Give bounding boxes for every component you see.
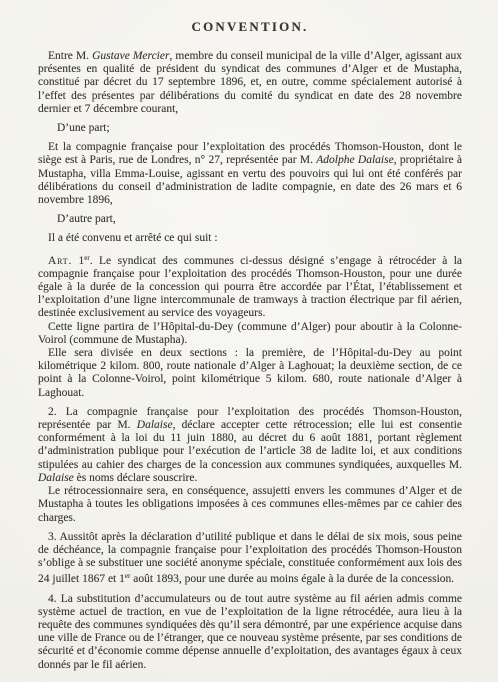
document-body: Entre M. Gustave Mercier, membre du cons… [38,50,462,672]
text-run: Dalaise [38,472,74,484]
paragraph-article-1-sections: Elle sera divisée en deux sections : la … [38,347,462,400]
paragraph-dautre-part: D’autre part, [38,213,462,226]
paragraph-convenu: Il a été convenu et arrêté ce qui suit : [38,232,462,245]
text-run: ès noms déclare souscrire. [74,472,198,484]
text-run: D’autre part, [57,213,116,225]
paragraph-article-3: 3. Aussitôt après la déclaration d’utili… [38,531,462,587]
document-title: CONVENTION. [38,19,462,35]
text-run: Il a été convenu et arrêté ce qui suit : [48,232,218,244]
paragraph-dune-part: D’une part; [38,122,462,135]
paragraph-article-2-retrocessionnaire: Le rétrocessionnaire sera, en conséquenc… [38,485,462,525]
text-run: Art. [48,255,72,267]
text-run: Adolphe Dalaise [316,154,393,166]
paragraph-article-2: 2. La compagnie française pour l’exploit… [38,406,462,485]
text-run: août 1893, pour une durée au moins égale… [130,573,454,585]
paragraph-article-1-ligne: Cette ligne partira de l’Hôpital-du-Dey … [38,321,462,347]
paragraph-article-1: Art. 1er. Le syndicat des communes ci-de… [38,252,462,321]
paragraph-intro-compagnie: Et la compagnie française pour l’exploit… [38,141,462,207]
text-run: Gustave Mercier [92,50,169,62]
paragraph-intro-mercier: Entre M. Gustave Mercier, membre du cons… [38,50,462,116]
text-run: Elle sera divisée en deux sections : la … [38,347,462,399]
text-run: 4. La substitution d’accumulateurs ou de… [38,593,462,671]
text-run: D’une part; [57,122,110,134]
text-run: . Le syndicat des communes ci-dessus dés… [38,255,462,320]
text-run: Cette ligne partira de l’Hôpital-du-Dey … [38,321,462,346]
text-run: 1 [72,255,84,267]
document-page: CONVENTION. Entre M. Gustave Mercier, me… [0,0,498,682]
text-run: Le rétrocessionnaire sera, en conséquenc… [38,485,462,523]
text-run: Entre M. [48,50,92,62]
paragraph-article-4: 4. La substitution d’accumulateurs ou de… [38,593,462,672]
text-run: Dalaise [137,419,173,431]
